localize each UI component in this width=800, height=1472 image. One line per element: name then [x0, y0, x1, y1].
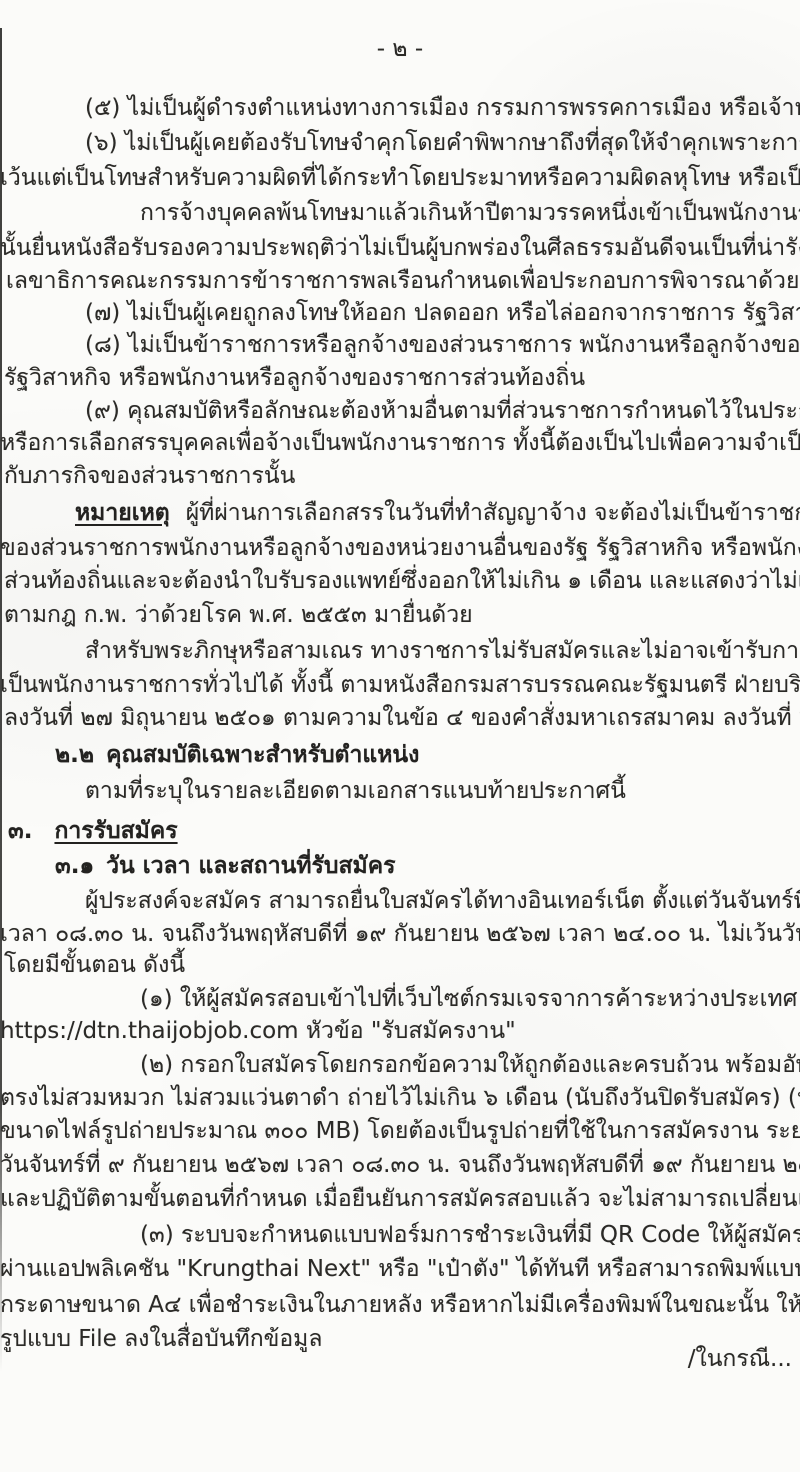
- step-2-line-2: ตรงไม่สวมหมวก ไม่สวมแว่นตาดำ ถ่ายไว้ไม่เ…: [0, 1085, 800, 1111]
- note-text-1: ผู้ที่ผ่านการเลือกสรรในวันที่ทำสัญญาจ้าง…: [186, 500, 800, 526]
- clause-9-line-2: หรือการเลือกสรรบุคคลเพื่อจ้างเป็นพนักงาน…: [0, 430, 800, 456]
- page-number: - ๒ -: [0, 36, 800, 62]
- note-paragraph-line-2: ของส่วนราชการพนักงานหรือลูกจ้างของหน่วยง…: [0, 535, 800, 561]
- step-2-line-1: (๒) กรอกใบสมัครโดยกรอกข้อความให้ถูกต้องแ…: [140, 1052, 800, 1078]
- section-3-1-number: ๓.๑: [55, 853, 94, 879]
- section-3-1-heading: ๓.๑วัน เวลา และสถานที่รับสมัคร: [55, 853, 395, 879]
- monk-paragraph-line-2: เป็นพนักงานราชการทั่วไปได้ ทั้งนี้ ตามหน…: [0, 672, 800, 698]
- step-3-line-3: กระดาษขนาด A๔ เพื่อชำระเงินในภายหลัง หรื…: [0, 1292, 800, 1318]
- note-paragraph-line-4: ตามกฎ ก.พ. ว่าด้วยโรค พ.ศ. ๒๕๕๓ มายื่นด้…: [4, 602, 473, 628]
- scanned-document-page: - ๒ - (๕) ไม่เป็นผู้ดำรงตำแหน่งทางการเมื…: [0, 0, 800, 1472]
- section-2-2-number: ๒.๒: [55, 742, 94, 768]
- clause-6-line-2: เว้นแต่เป็นโทษสำหรับความผิดที่ได้กระทำโด…: [0, 165, 800, 191]
- apply-paragraph-line-2: เวลา ๐๘.๓๐ น. จนถึงวันพฤหัสบดีที่ ๑๙ กัน…: [0, 921, 800, 947]
- section-3-title: การรับสมัคร: [54, 818, 177, 844]
- clause-6-line-5: เลขาธิการคณะกรรมการข้าราชการพลเรือนกำหนด…: [6, 268, 799, 294]
- step-2-line-4: วันจันทร์ที่ ๙ กันยายน ๒๕๖๗ เวลา ๐๘.๓๐ น…: [0, 1152, 800, 1178]
- note-label: หมายเหตุ: [75, 500, 170, 526]
- section-3-number: ๓.: [8, 818, 32, 844]
- section-3-1-title: วัน เวลา และสถานที่รับสมัคร: [106, 853, 395, 879]
- continuation-marker: /ในกรณี...: [688, 1346, 792, 1372]
- step-1-line-1: (๑) ให้ผู้สมัครสอบเข้าไปที่เว็บไซต์กรมเจ…: [140, 986, 800, 1012]
- clause-9-line-1: (๙) คุณสมบัติหรือลักษณะต้องห้ามอื่นตามที…: [85, 398, 800, 424]
- section-2-2-title: คุณสมบัติเฉพาะสำหรับตำแหน่ง: [106, 742, 419, 768]
- clause-6-line-1: (๖) ไม่เป็นผู้เคยต้องรับโทษจำคุกโดยคำพิพ…: [85, 130, 800, 156]
- step-3-line-4: รูปแบบ File ลงในสื่อบันทึกข้อมูล: [0, 1326, 322, 1352]
- section-2-2-body: ตามที่ระบุในรายละเอียดตามเอกสารแนบท้ายปร…: [85, 778, 626, 804]
- apply-paragraph-line-1: ผู้ประสงค์จะสมัคร สามารถยื่นใบสมัครได้ทา…: [85, 888, 800, 914]
- section-2-2-heading: ๒.๒คุณสมบัติเฉพาะสำหรับตำแหน่ง: [55, 742, 419, 768]
- apply-paragraph-line-3: โดยมีขั้นตอน ดังนี้: [4, 952, 185, 978]
- note-paragraph-line-3: ส่วนท้องถิ่นและจะต้องนำใบรับรองแพทย์ซึ่ง…: [4, 568, 800, 594]
- step-3-line-2: ผ่านแอปพลิเคชัน "Krungthai Next" หรือ "เ…: [0, 1256, 800, 1282]
- clause-8-line-1: (๘) ไม่เป็นข้าราชการหรือลูกจ้างของส่วนรา…: [85, 332, 800, 358]
- step-1-line-2: https://dtn.thaijobjob.com หัวข้อ "รับสม…: [0, 1018, 516, 1044]
- section-3-heading: ๓.การรับสมัคร: [8, 818, 178, 844]
- clause-7-line: (๗) ไม่เป็นผู้เคยถูกลงโทษให้ออก ปลดออก ห…: [85, 300, 800, 326]
- monk-paragraph-line-1: สำหรับพระภิกษุหรือสามเณร ทางราชการไม่รับ…: [85, 638, 800, 664]
- clause-6-line-4: นั้นยื่นหนังสือรับรองความประพฤติว่าไม่เป…: [0, 235, 800, 261]
- clause-5-line: (๕) ไม่เป็นผู้ดำรงตำแหน่งทางการเมือง กรร…: [85, 95, 800, 121]
- clause-6-line-3: การจ้างบุคคลพ้นโทษมาแล้วเกินห้าปีตามวรรค…: [140, 200, 800, 226]
- step-3-line-1: (๓) ระบบจะกำหนดแบบฟอร์มการชำระเงินที่มี …: [140, 1222, 800, 1248]
- step-2-line-5: และปฏิบัติตามขั้นตอนที่กำหนด เมื่อยืนยัน…: [0, 1186, 800, 1212]
- monk-paragraph-line-3: ลงวันที่ ๒๗ มิถุนายน ๒๕๐๑ ตามความในข้อ ๔…: [4, 705, 800, 731]
- note-paragraph-line-1: หมายเหตุผู้ที่ผ่านการเลือกสรรในวันที่ทำส…: [75, 500, 800, 526]
- clause-8-line-2: รัฐวิสาหกิจ หรือพนักงานหรือลูกจ้างของราช…: [4, 365, 585, 391]
- clause-9-line-3: กับภารกิจของส่วนราชการนั้น: [4, 463, 295, 489]
- step-2-line-3: ขนาดไฟล์รูปถ่ายประมาณ ๓๐๐ MB) โดยต้องเป็…: [0, 1118, 800, 1144]
